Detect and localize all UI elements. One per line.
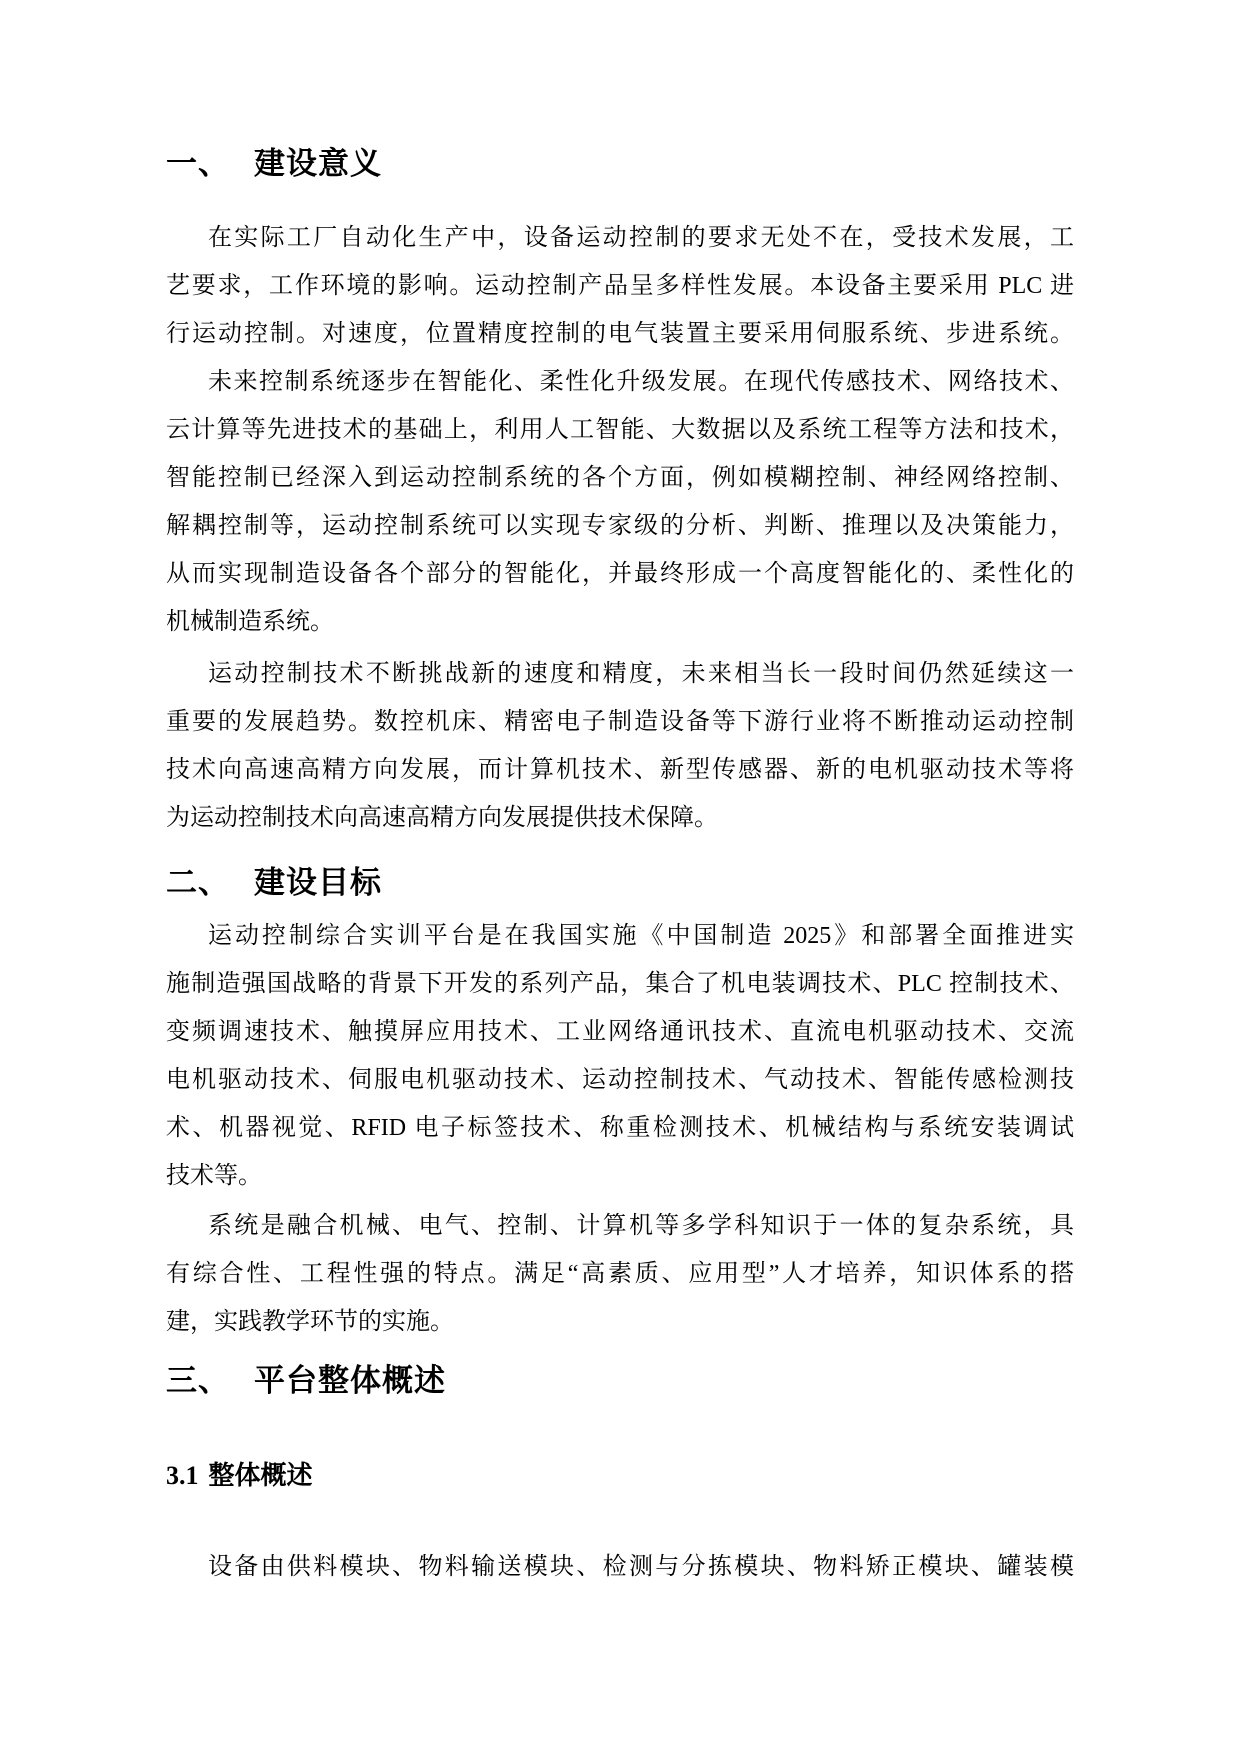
text-line: 电机驱动技术、伺服电机驱动技术、运动控制技术、气动技术、智能传感检测技 bbox=[166, 1056, 1074, 1104]
text-line: 系统是融合机械、电气、控制、计算机等多学科知识于一体的复杂系统，具 bbox=[166, 1202, 1074, 1250]
text-line: 有综合性、工程性强的特点。满足“高素质、应用型”人才培养，知识体系的搭 bbox=[166, 1250, 1074, 1298]
text-line: 机械制造系统。 bbox=[166, 598, 1074, 646]
paragraph-2: 未来控制系统逐步在智能化、柔性化升级发展。在现代传感技术、网络技术、 云计算等先… bbox=[166, 358, 1074, 646]
text-line: 设备由供料模块、物料输送模块、检测与分拣模块、物料矫正模块、罐装模 bbox=[166, 1543, 1074, 1591]
heading-number: 3.1 bbox=[166, 1461, 199, 1490]
heading-title: 建设意义 bbox=[254, 146, 382, 181]
subsection-heading-3-1: 3.1整体概述 bbox=[166, 1457, 1074, 1494]
text-line: 运动控制综合实训平台是在我国实施《中国制造 2025》和部署全面推进实 bbox=[166, 912, 1074, 960]
text-line: 云计算等先进技术的基础上，利用人工智能、大数据以及系统工程等方法和技术， bbox=[166, 406, 1074, 454]
paragraph-1: 在实际工厂自动化生产中，设备运动控制的要求无处不在，受技术发展，工 艺要求，工作… bbox=[166, 214, 1074, 358]
heading-number: 三、 bbox=[166, 1363, 230, 1398]
text-line: 施制造强国战略的背景下开发的系列产品，集合了机电装调技术、PLC 控制技术、 bbox=[166, 960, 1074, 1008]
paragraph-3: 运动控制技术不断挑战新的速度和精度，未来相当长一段时间仍然延续这一 重要的发展趋… bbox=[166, 650, 1074, 842]
text-line: 变频调速技术、触摸屏应用技术、工业网络通讯技术、直流电机驱动技术、交流 bbox=[166, 1008, 1074, 1056]
section-heading-2: 二、建设目标 bbox=[166, 862, 1074, 904]
text-line: 解耦控制等，运动控制系统可以实现专家级的分析、判断、推理以及决策能力， bbox=[166, 502, 1074, 550]
text-line: 智能控制已经深入到运动控制系统的各个方面，例如模糊控制、神经网络控制、 bbox=[166, 454, 1074, 502]
text-line: 建，实践教学环节的实施。 bbox=[166, 1298, 1074, 1346]
heading-title: 建设目标 bbox=[254, 865, 382, 900]
text-line: 重要的发展趋势。数控机床、精密电子制造设备等下游行业将不断推动运动控制 bbox=[166, 698, 1074, 746]
paragraph-4: 运动控制综合实训平台是在我国实施《中国制造 2025》和部署全面推进实 施制造强… bbox=[166, 912, 1074, 1200]
heading-number: 二、 bbox=[166, 865, 230, 900]
text-line: 为运动控制技术向高速高精方向发展提供技术保障。 bbox=[166, 794, 1074, 842]
text-line: 运动控制技术不断挑战新的速度和精度，未来相当长一段时间仍然延续这一 bbox=[166, 650, 1074, 698]
document-page: 一、建设意义 在实际工厂自动化生产中，设备运动控制的要求无处不在，受技术发展，工… bbox=[0, 0, 1240, 1755]
paragraph-6: 设备由供料模块、物料输送模块、检测与分拣模块、物料矫正模块、罐装模 bbox=[166, 1543, 1074, 1591]
text-line: 在实际工厂自动化生产中，设备运动控制的要求无处不在，受技术发展，工 bbox=[166, 214, 1074, 262]
text-line: 术、机器视觉、RFID 电子标签技术、称重检测技术、机械结构与系统安装调试 bbox=[166, 1104, 1074, 1152]
heading-title: 整体概述 bbox=[209, 1460, 313, 1490]
paragraph-5: 系统是融合机械、电气、控制、计算机等多学科知识于一体的复杂系统，具 有综合性、工… bbox=[166, 1202, 1074, 1346]
text-line: 未来控制系统逐步在智能化、柔性化升级发展。在现代传感技术、网络技术、 bbox=[166, 358, 1074, 406]
section-heading-3: 三、平台整体概述 bbox=[166, 1360, 1074, 1402]
text-line: 技术向高速高精方向发展，而计算机技术、新型传感器、新的电机驱动技术等将 bbox=[166, 746, 1074, 794]
text-line: 行运动控制。对速度，位置精度控制的电气装置主要采用伺服系统、步进系统。 bbox=[166, 310, 1074, 358]
section-heading-1: 一、建设意义 bbox=[166, 143, 1074, 185]
heading-number: 一、 bbox=[166, 146, 230, 181]
text-line: 从而实现制造设备各个部分的智能化，并最终形成一个高度智能化的、柔性化的 bbox=[166, 550, 1074, 598]
text-line: 艺要求，工作环境的影响。运动控制产品呈多样性发展。本设备主要采用 PLC 进 bbox=[166, 262, 1074, 310]
text-line: 技术等。 bbox=[166, 1152, 1074, 1200]
heading-title: 平台整体概述 bbox=[254, 1363, 446, 1398]
